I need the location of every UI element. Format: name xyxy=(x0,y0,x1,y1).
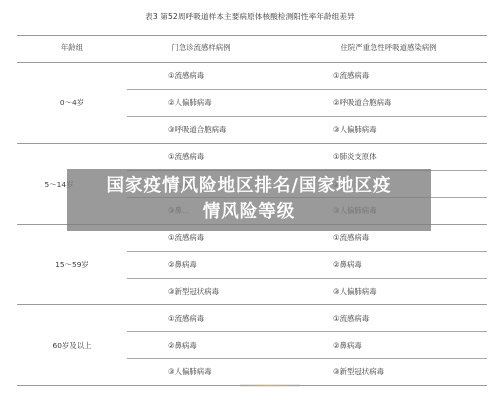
header-inpatient: 住院严重急性呼吸道感染病例 xyxy=(290,43,487,53)
row-divider xyxy=(127,358,487,359)
group-divider xyxy=(17,304,487,305)
outpatient-item: ①流感病毒 xyxy=(168,233,204,243)
age-label: 60岁及以上 xyxy=(17,341,127,351)
outpatient-item: ③新型冠状病毒 xyxy=(168,287,219,297)
outpatient-item: ②鼻病毒 xyxy=(168,341,197,351)
row-divider xyxy=(127,251,487,252)
outpatient-item: ③人偏肺病毒 xyxy=(168,367,212,377)
row-divider xyxy=(127,89,487,90)
overlay-line-1: 国家疫情风险地区排名/国家地区疫 xyxy=(107,176,392,196)
inpatient-item: ③新型冠状病毒 xyxy=(333,367,384,377)
inpatient-item: ①流感病毒 xyxy=(333,233,369,243)
header-bottom-rule xyxy=(17,62,487,63)
inpatient-item: ②鼻病毒 xyxy=(333,341,362,351)
inpatient-item: ①肺炎支原体 xyxy=(333,152,377,162)
age-label: 15～59岁 xyxy=(17,260,127,270)
table-title: 表3 第52周呼吸道样本主要病原体核酸检测阳性率年龄组差异 xyxy=(0,11,500,22)
inpatient-item: ①流感病毒 xyxy=(333,314,369,324)
inpatient-item: ①流感病毒 xyxy=(333,71,369,81)
age-label: 0～4岁 xyxy=(17,98,127,108)
outpatient-item: ①流感病毒 xyxy=(168,152,204,162)
row-divider xyxy=(127,116,487,117)
inpatient-item: ②鼻病毒 xyxy=(333,260,362,270)
header-outpatient: 门急诊流感样病例 xyxy=(127,43,275,53)
outpatient-item: ①流感病毒 xyxy=(168,314,204,324)
outpatient-item: ①流感病毒 xyxy=(168,71,204,81)
header-age-group: 年龄组 xyxy=(17,43,127,53)
inpatient-item: ③人偏肺病毒 xyxy=(333,287,377,297)
row-divider xyxy=(127,331,487,332)
inpatient-item: ③人偏肺病毒 xyxy=(333,125,377,135)
inpatient-item: ②呼吸道合胞病毒 xyxy=(333,98,391,108)
table-top-rule xyxy=(17,35,487,36)
group-divider xyxy=(17,143,487,144)
row-divider xyxy=(127,278,487,279)
outpatient-item: ③呼吸道合胞病毒 xyxy=(168,125,226,135)
overlay-line-2: 情风险等级 xyxy=(67,199,431,225)
image-artifact xyxy=(240,384,300,387)
outpatient-item: ②鼻病毒 xyxy=(168,260,197,270)
outpatient-item: ②人偏肺病毒 xyxy=(168,98,212,108)
headline-overlay-text: 国家疫情风险地区排名/国家地区疫 情风险等级 xyxy=(67,169,431,225)
